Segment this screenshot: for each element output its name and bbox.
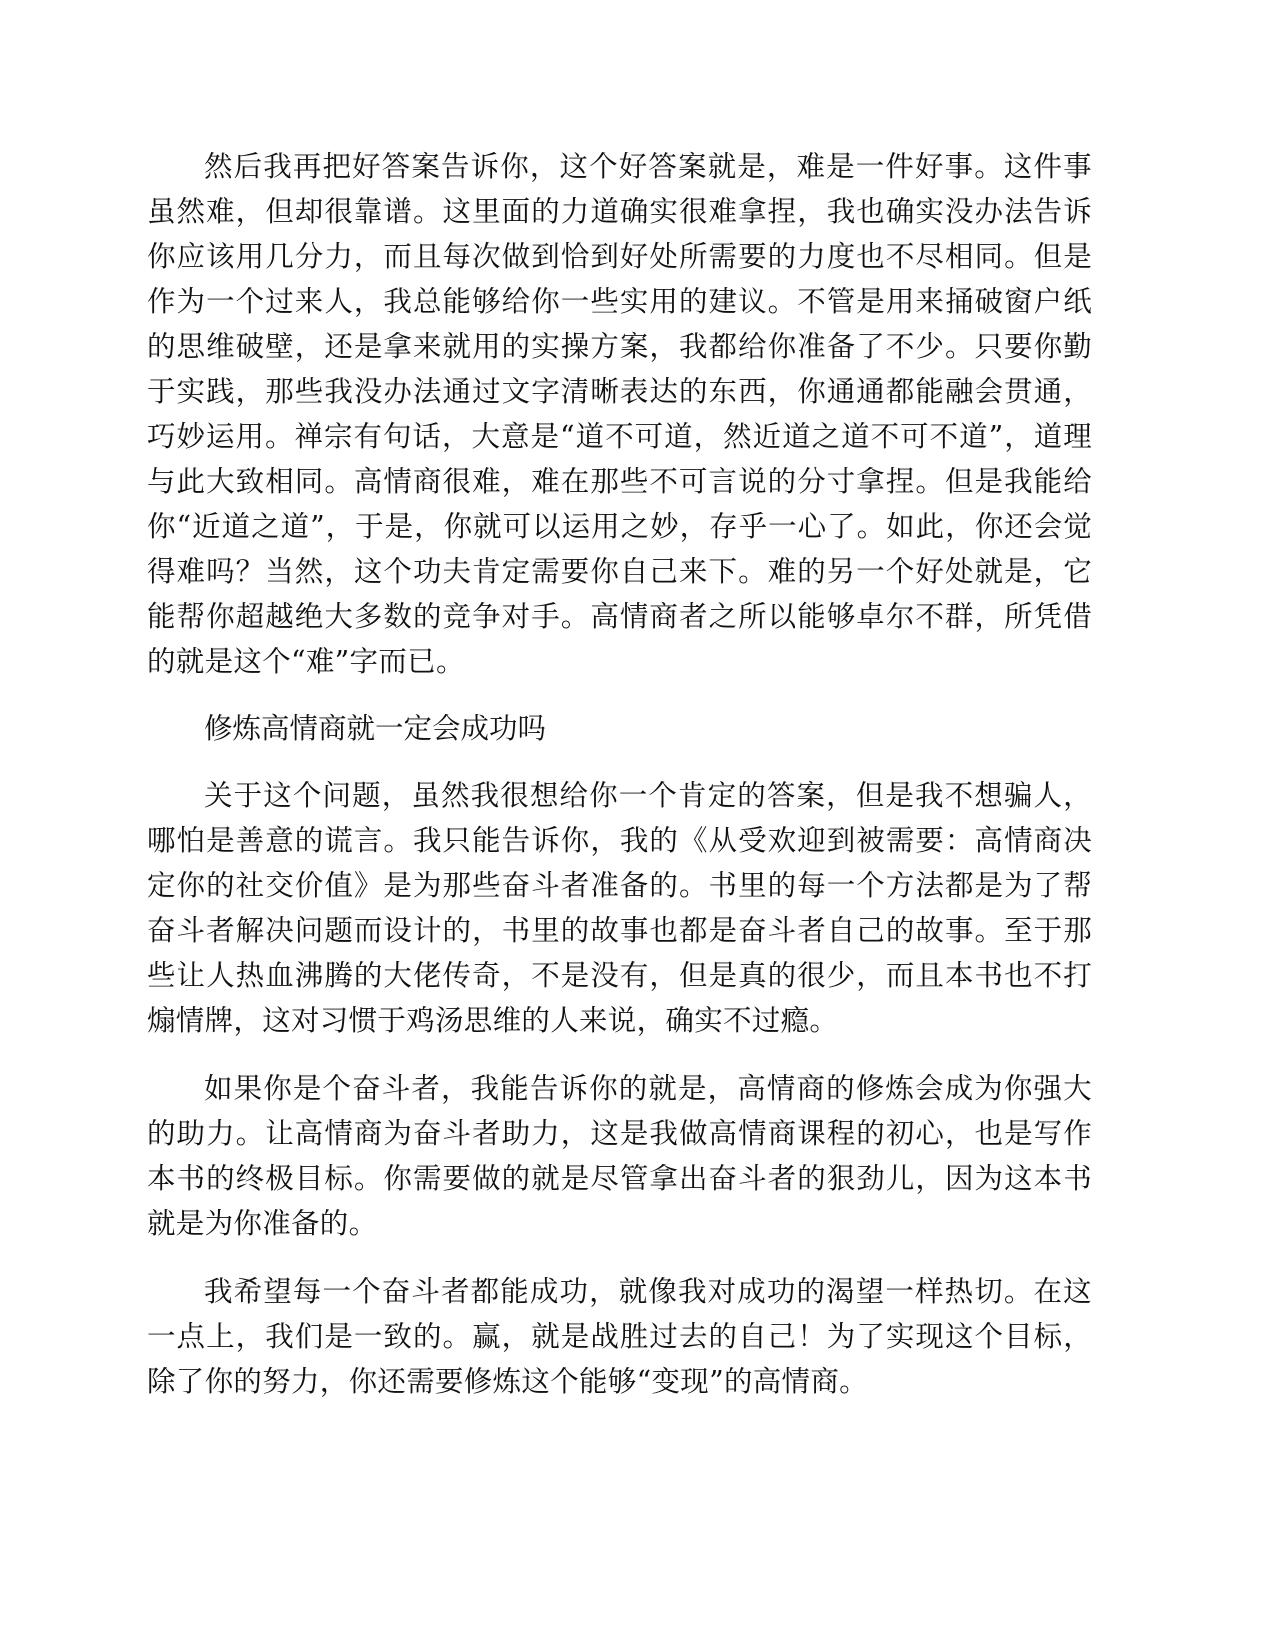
paragraph-powerful-help: 如果你是个奋斗者，我能告诉你的就是，高情商的修炼会成为你强大的助力。让高情商为奋… — [147, 1066, 1092, 1246]
paragraph-hope-success: 我希望每一个奋斗者都能成功，就像我对成功的渴望一样热切。在这一点上，我们是一致的… — [147, 1269, 1092, 1404]
paragraph-difficulty-is-good: 然后我再把好答案告诉你，这个好答案就是，难是一件好事。这件事虽然难，但却很靠谱。… — [147, 144, 1092, 684]
paragraph-for-strivers: 关于这个问题，虽然我很想给你一个肯定的答案，但是我不想骗人，哪怕是善意的谎言。我… — [147, 773, 1092, 1043]
document-page: 然后我再把好答案告诉你，这个好答案就是，难是一件好事。这件事虽然难，但却很靠谱。… — [147, 144, 1092, 1404]
section-heading: 修炼高情商就一定会成功吗 — [147, 706, 1092, 751]
